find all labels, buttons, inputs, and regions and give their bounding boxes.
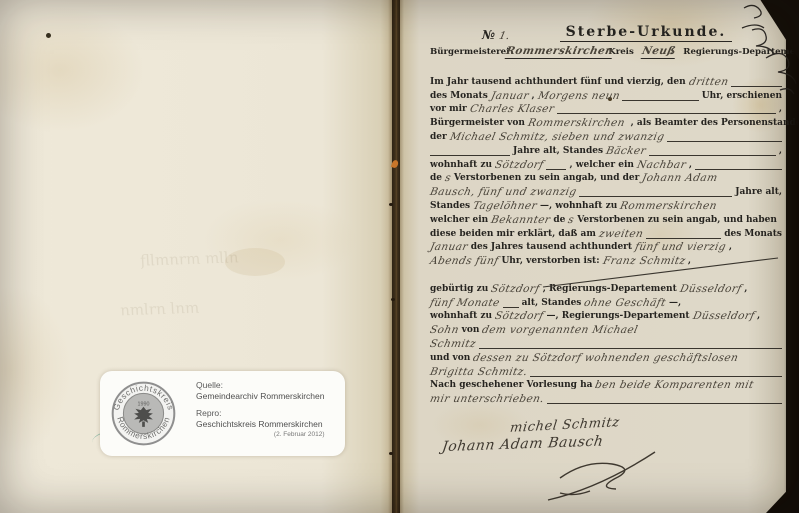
label-text: Quelle: Gemeindearchiv Rommerskirchen Re… xyxy=(196,380,325,448)
handwritten-text: ben beide Komparenten mit xyxy=(594,380,755,391)
printed-text: alt, Standes xyxy=(522,298,582,309)
form-line: Sohnvondem vorgenannten Michael xyxy=(430,322,782,336)
handwritten-text: Tagelöhner xyxy=(472,201,538,212)
header-line: Bürgermeisterei Rommerskirchen Kreis Neu… xyxy=(430,46,782,68)
repro-value: Geschichtskreis Rommerskirchen xyxy=(196,419,325,430)
form-line: wohnhaft zuSötzdorf—, Regierungs-Departe… xyxy=(430,309,782,323)
handwritten-text: Rommerskirchen xyxy=(527,118,626,129)
printed-text: —, Regierungs-Departement xyxy=(546,311,689,322)
form-line: Jahre alt, StandesBäcker, xyxy=(430,143,782,157)
binding-stitch xyxy=(391,298,395,301)
printed-text: , xyxy=(689,160,692,171)
printed-text: Uhr, verstorben ist: xyxy=(501,256,599,267)
handwritten-text: Sötzdorf xyxy=(490,284,541,295)
form-line: wohnhaft zuSötzdorf, welcher einNachbar, xyxy=(430,157,782,171)
form-line: vor mirCharles Klaser, xyxy=(430,102,782,116)
printed-text: —, xyxy=(669,298,681,309)
printed-text: Jahre alt, xyxy=(735,187,782,198)
form-line: desVerstorbenen zu sein angab, und derJo… xyxy=(430,171,782,185)
printed-text: gebürtig zu xyxy=(430,284,488,295)
printed-text: Bürgermeister von xyxy=(430,118,525,129)
handwritten-text: Sötzdorf xyxy=(494,311,545,322)
signatures-block: michel Schmitz Johann Adam Bausch xyxy=(470,418,620,452)
handwritten-text: Bäcker xyxy=(605,146,647,157)
fill-rule xyxy=(547,394,782,404)
form-line: welcher einBekannterdesVerstorbenen zu s… xyxy=(430,212,782,226)
printed-text: von xyxy=(462,325,480,336)
ink-bleed-through: fllmnrm mlln xyxy=(138,248,241,269)
fill-rule xyxy=(430,146,510,156)
printed-text: de xyxy=(430,173,442,184)
handwritten-text: s xyxy=(567,215,575,226)
handwritten-text: Düsseldorf xyxy=(691,311,755,322)
fill-rule xyxy=(557,104,776,114)
handwritten-text: mir unterschrieben. xyxy=(429,394,545,405)
form-line: Im Jahr tausend achthundert fünf und vie… xyxy=(430,74,782,88)
form-line: des MonatsJanuar,Morgens neunUhr, erschi… xyxy=(430,88,782,102)
form-line: fünf Monatealt, Standesohne Geschäft—, xyxy=(430,295,782,309)
form-line: StandesTagelöhner—, wohnhaft zuRommerski… xyxy=(430,198,782,212)
district-value: Neuß xyxy=(640,46,676,59)
municipality-label: Bürgermeisterei xyxy=(430,47,509,57)
printed-text: Standes xyxy=(430,201,470,212)
fill-rule xyxy=(695,160,782,170)
handwritten-text: Januar xyxy=(429,242,469,253)
printed-text: de xyxy=(553,215,565,226)
printed-text: der xyxy=(430,132,447,143)
binding-stitch xyxy=(389,452,393,455)
stamp-year: 1990 xyxy=(138,401,150,407)
printed-text: , xyxy=(729,242,732,253)
printed-text: des Monats xyxy=(724,229,782,240)
handwritten-text: Morgens neun xyxy=(536,91,620,102)
printed-text: Im Jahr tausend achthundert fünf und vie… xyxy=(430,77,686,88)
handwritten-text: Januar xyxy=(490,91,530,102)
form-line: Nach geschehener Vorlesung haben beide K… xyxy=(430,378,782,392)
fill-rule xyxy=(530,367,782,377)
printed-text: des Monats xyxy=(430,91,488,102)
printed-text: —, wohnhaft zu xyxy=(540,201,617,212)
handwritten-text: dessen zu Sötzdorf wohnenden geschäftslo… xyxy=(472,353,739,364)
printed-text: vor mir xyxy=(430,104,467,115)
title-row: № 1. Sterbe-Urkunde. xyxy=(430,16,782,42)
form-line: diese beiden mir erklärt, daß amzweitend… xyxy=(430,226,782,240)
handwritten-text: Brigitta Schmitz. xyxy=(429,367,529,378)
printed-text: , xyxy=(688,256,691,267)
fill-rule xyxy=(646,229,721,239)
form-line: Abends fünfUhr, verstorben ist:Franz Sch… xyxy=(430,253,782,267)
handwritten-text: Nachbar xyxy=(636,160,687,171)
handwritten-text: Michael Schmitz, sieben und zwanzig xyxy=(449,132,666,143)
handwritten-text: Sötzdorf xyxy=(494,160,545,171)
death-certificate-form: № 1. Sterbe-Urkunde. Bürgermeisterei Rom… xyxy=(430,16,782,405)
binding-stitch xyxy=(389,203,393,206)
document-title: Sterbe-Urkunde. xyxy=(560,24,733,42)
ink-speck xyxy=(46,33,51,38)
printed-text: Jahre alt, Standes xyxy=(513,146,603,157)
printed-text: Verstorbenen zu sein angab, und der xyxy=(454,173,640,184)
form-line: Bürgermeister vonRommerskirchen, als Bea… xyxy=(430,115,782,129)
handwritten-text: Bekannter xyxy=(490,215,551,226)
ink-bleed-through: nmlrn lnm xyxy=(118,299,201,320)
printed-text: Verstorbenen zu sein angab, und haben xyxy=(577,215,777,226)
fill-rule xyxy=(622,91,698,101)
printed-text: des Jahres tausend achthundert xyxy=(471,242,632,253)
book-gutter xyxy=(388,0,404,513)
book-scan-photo: fllmnrm mlln nmlrn lnm Geschichtskreis R… xyxy=(0,0,799,513)
form-line: Bausch, fünf und zwanzigJahre alt, xyxy=(430,184,782,198)
printed-text: , Regierungs-Departement xyxy=(543,284,677,295)
printed-text: , xyxy=(779,146,782,157)
repro-date: (2. Februar 2012) xyxy=(196,430,325,441)
printed-text: Uhr, erschienen xyxy=(702,91,782,102)
fill-rule xyxy=(546,160,566,170)
handwritten-text: Bausch, fünf und zwanzig xyxy=(429,187,578,198)
printed-text: Nach geschehener Vorlesung ha xyxy=(430,380,592,391)
form-line xyxy=(430,267,782,281)
form-line: gebürtig zuSötzdorf, Regierungs-Departem… xyxy=(430,281,782,295)
printed-text: welcher ein xyxy=(430,215,488,226)
handwritten-text: Johann Adam xyxy=(641,173,719,184)
form-line: Schmitz xyxy=(430,336,782,350)
printed-text: , xyxy=(779,104,782,115)
department-label: Regierungs-Departement xyxy=(683,47,799,57)
archive-stamp: Geschichtskreis Rommerskirchen 1990 xyxy=(110,380,177,447)
fill-rule xyxy=(649,146,776,156)
left-page: fllmnrm mlln nmlrn lnm Geschichtskreis R… xyxy=(0,0,392,513)
form-line: Januardes Jahres tausend achthundertfünf… xyxy=(430,240,782,254)
handwritten-text: Abends fünf xyxy=(429,256,500,267)
municipality-value: Rommerskirchen xyxy=(505,46,615,59)
fill-rule xyxy=(479,339,782,349)
form-line: Brigitta Schmitz. xyxy=(430,364,782,378)
handwritten-text: Düsseldorf xyxy=(679,284,743,295)
source-value: Gemeindearchiv Rommerskirchen xyxy=(196,391,325,402)
handwritten-text: Sohn xyxy=(429,325,460,336)
handwritten-text: dem vorgenannten Michael xyxy=(481,325,639,336)
repro-label: Repro: xyxy=(196,408,325,419)
handwritten-text: Rommerskirchen xyxy=(619,201,718,212)
handwritten-text: Schmitz xyxy=(429,339,477,350)
handwritten-text: fünf und vierzig xyxy=(634,242,727,253)
photo-edge xyxy=(784,0,799,513)
printed-text: , welcher ein xyxy=(569,160,633,171)
fill-rule xyxy=(667,132,782,142)
number-label: № xyxy=(482,28,495,42)
printed-text: wohnhaft zu xyxy=(430,311,492,322)
form-body: Im Jahr tausend achthundert fünf und vie… xyxy=(430,74,782,405)
form-line: mir unterschrieben. xyxy=(430,391,782,405)
printed-text: , als Beamter des Personenstandes, xyxy=(631,118,799,129)
handwritten-text: Charles Klaser xyxy=(469,104,555,115)
handwritten-text: s xyxy=(444,173,452,184)
handwritten-text: fünf Monate xyxy=(429,298,501,309)
form-line: und vondessen zu Sötzdorf wohnenden gesc… xyxy=(430,350,782,364)
printed-text: , xyxy=(744,284,747,295)
handwritten-text: dritten xyxy=(687,77,729,88)
handwritten-text: Franz Schmitz xyxy=(601,256,686,267)
printed-text: , xyxy=(757,311,760,322)
printed-text: diese beiden mir erklärt, daß am xyxy=(430,229,596,240)
handwritten-text: ohne Geschäft xyxy=(583,298,667,309)
printed-text: und von xyxy=(430,353,470,364)
source-label: Quelle: xyxy=(196,380,325,391)
document-number: № 1. xyxy=(482,28,510,42)
fill-rule xyxy=(579,187,732,197)
handwritten-text: zweiten xyxy=(598,229,644,240)
archive-label: Geschichtskreis Rommerskirchen 1990 Quel… xyxy=(100,371,345,456)
form-line: derMichael Schmitz, sieben und zwanzig xyxy=(430,129,782,143)
title-wrap: Sterbe-Urkunde. xyxy=(510,21,782,42)
printed-text: , xyxy=(531,91,534,102)
printed-text: wohnhaft zu xyxy=(430,160,492,171)
fill-rule xyxy=(731,77,782,87)
fill-rule xyxy=(503,298,519,308)
